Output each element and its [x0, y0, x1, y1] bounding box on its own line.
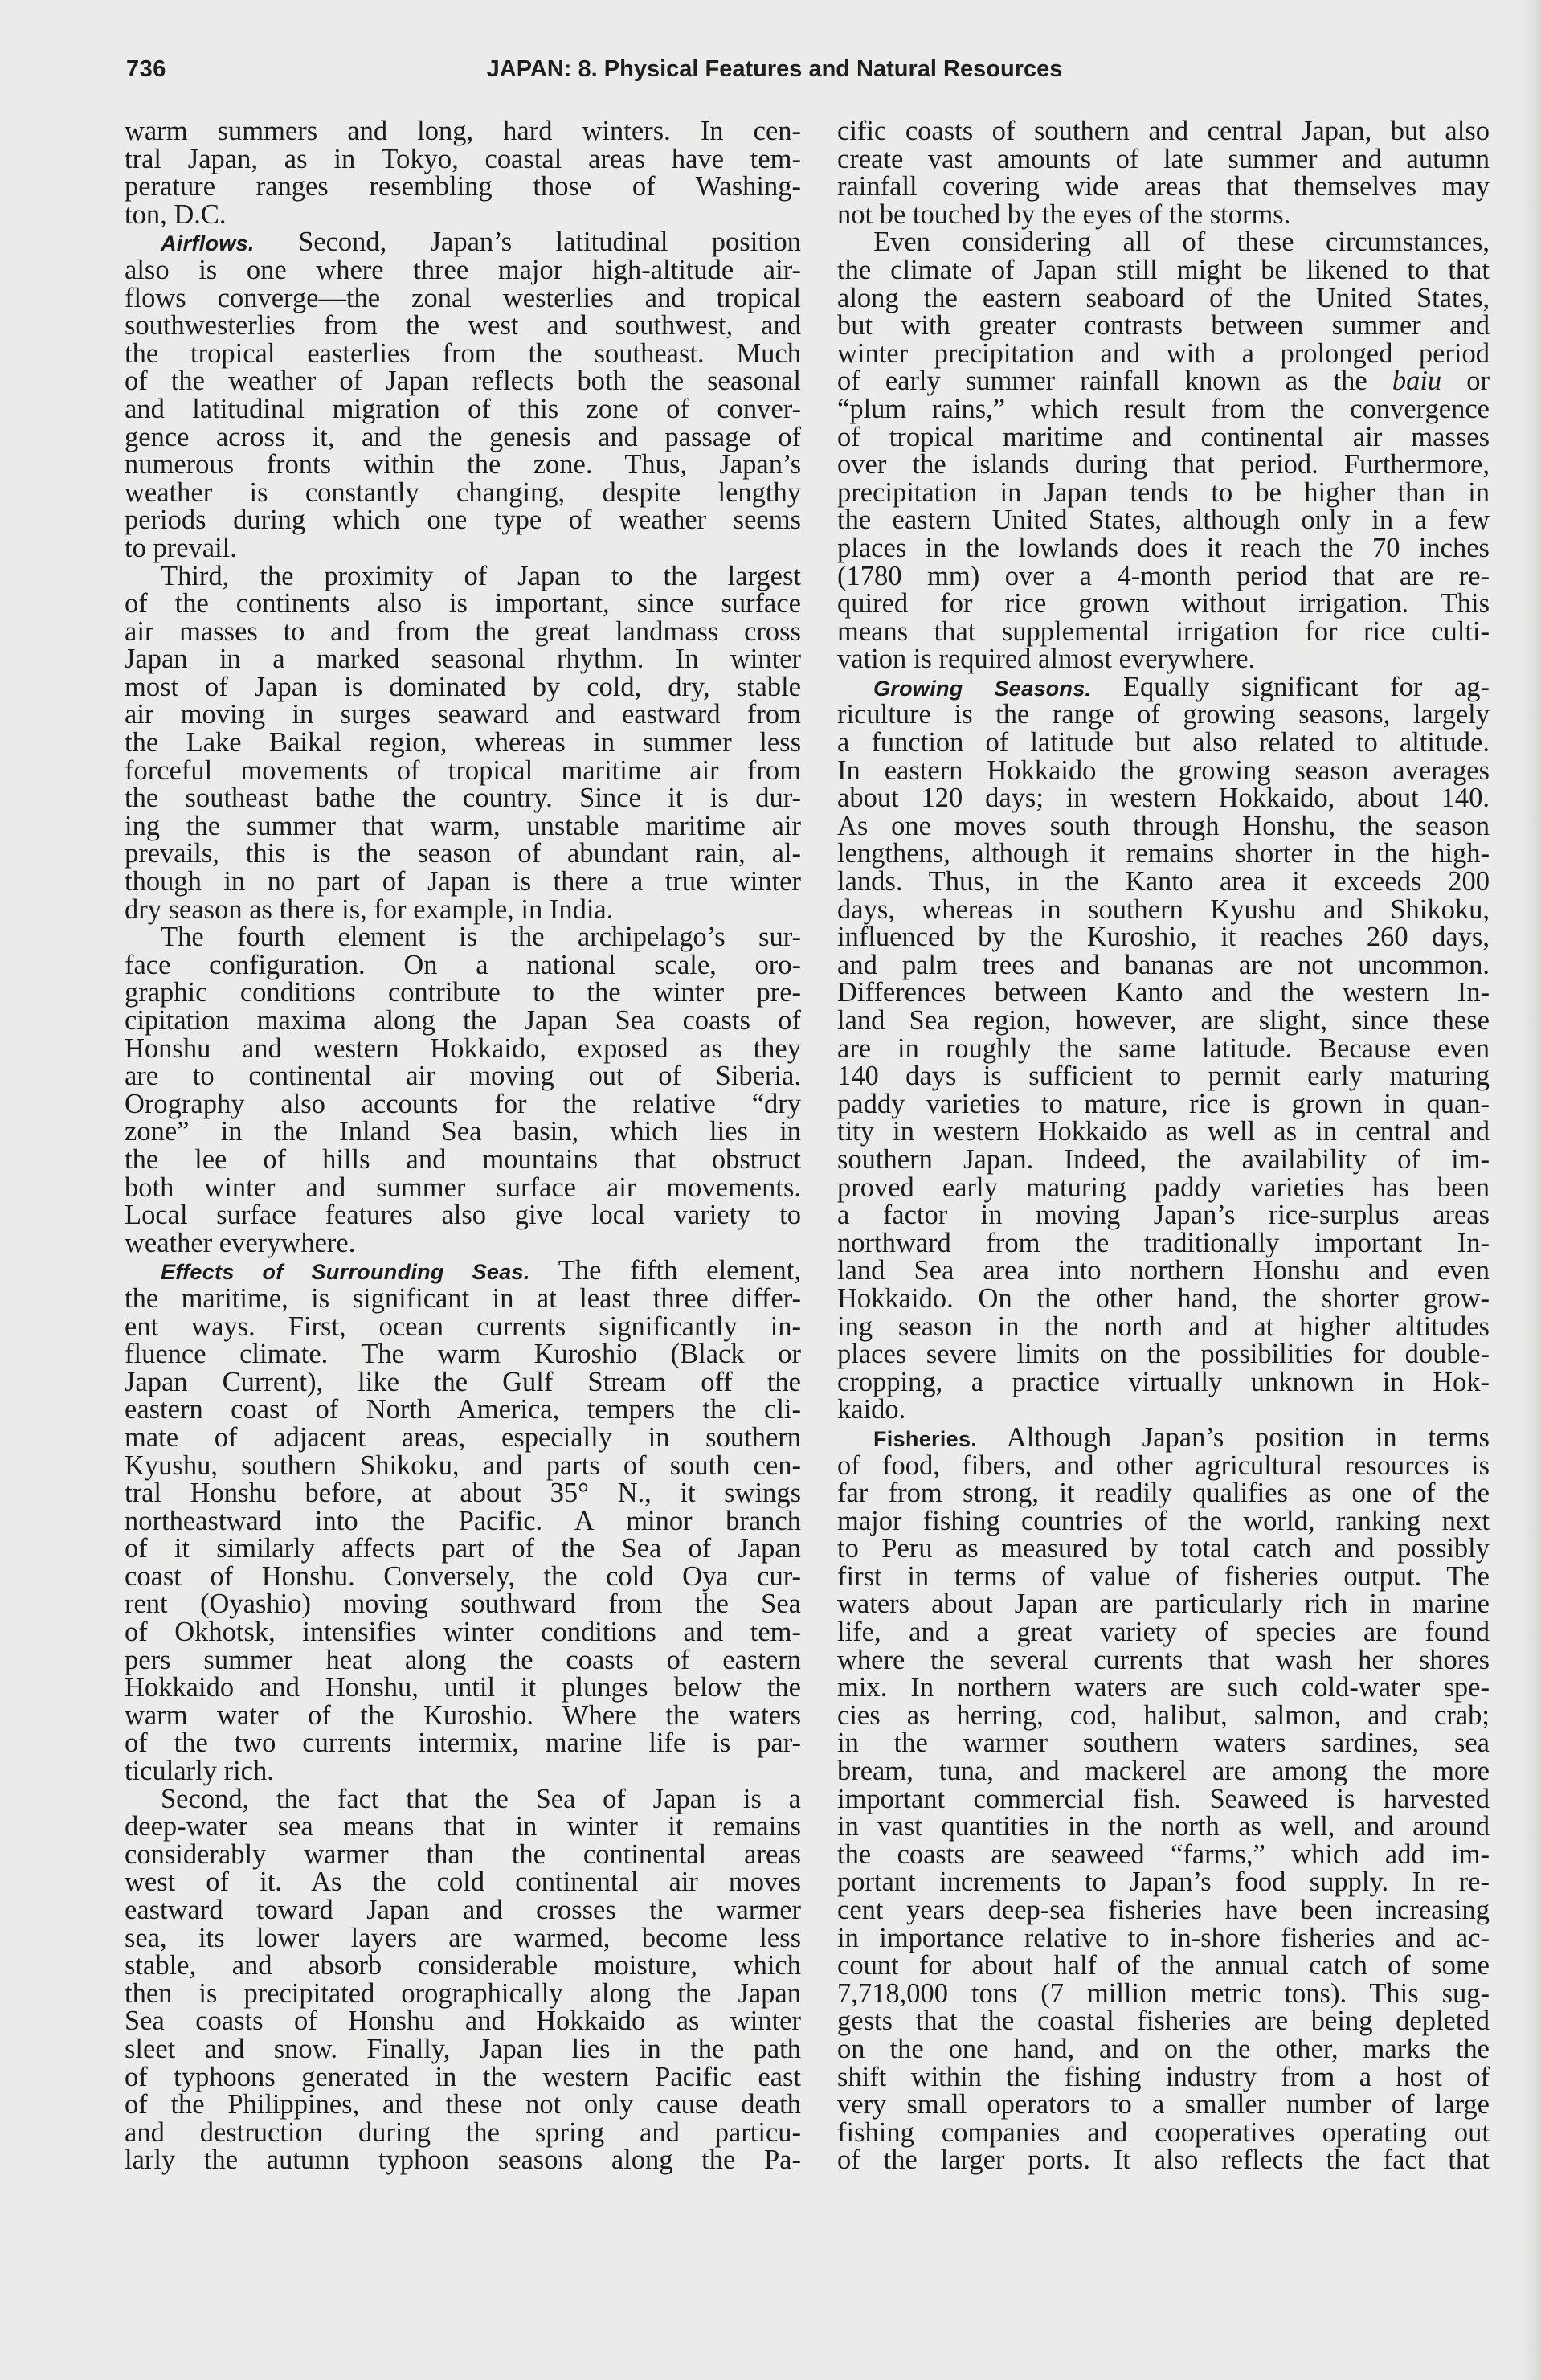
line-text: The fifth element,: [530, 1255, 801, 1286]
line-text: the maritime, is significant in at least…: [125, 1283, 801, 1314]
line-text: (1780 mm) over a 4-month period that are…: [837, 561, 1490, 591]
text-line: ton, D.C.: [125, 201, 801, 229]
line-text: ticularly rich.: [125, 1756, 274, 1786]
text-line: places in the lowlands does it reach the…: [837, 534, 1490, 562]
line-text: on the one hand, and on the other, marks…: [837, 2034, 1490, 2064]
text-line: days, whereas in southern Kyushu and Shi…: [837, 896, 1490, 924]
right-column: cific coasts of southern and central Jap…: [837, 117, 1490, 2174]
text-line: in the warmer southern waters sardines, …: [837, 1729, 1490, 1757]
text-line: Kyushu, southern Shikoku, and parts of s…: [125, 1452, 801, 1480]
text-line: rainfall covering wide areas that themse…: [837, 173, 1490, 201]
line-text: count for about half of the annual catch…: [837, 1950, 1490, 1981]
line-text: In eastern Hokkaido the growing season a…: [837, 755, 1490, 786]
text-line: of early summer rainfall known as the ba…: [837, 367, 1490, 395]
running-title: JAPAN: 8. Physical Features and Natural …: [0, 56, 1541, 83]
text-line: a factor in moving Japan’s rice-surplus …: [837, 1201, 1490, 1229]
text-line: Airflows. Second, Japan’s latitudinal po…: [125, 228, 801, 256]
text-line: land Sea area into northern Honshu and e…: [837, 1257, 1490, 1285]
text-line: (1780 mm) over a 4-month period that are…: [837, 562, 1490, 591]
text-line: of the two currents intermix, marine lif…: [125, 1729, 801, 1757]
text-line: air moving in surges seaward and eastwar…: [125, 701, 801, 729]
line-text: are to continental air moving out of Sib…: [125, 1061, 801, 1091]
line-text: mate of adjacent areas, especially in so…: [125, 1422, 801, 1453]
line-text: are in roughly the same latitude. Becaus…: [837, 1033, 1490, 1064]
text-line: far from strong, it readily qualifies as…: [837, 1479, 1490, 1507]
line-text: southern Japan. Indeed, the availability…: [837, 1144, 1490, 1175]
section-run-in-heading: Airflows.: [161, 231, 255, 256]
line-text: pers summer heat along the coasts of eas…: [125, 1645, 801, 1675]
text-line: southern Japan. Indeed, the availability…: [837, 1146, 1490, 1174]
text-line: riculture is the range of growing season…: [837, 701, 1490, 729]
line-text: stable, and absorb considerable moisture…: [125, 1950, 801, 1981]
text-line: lands. Thus, in the Kanto area it exceed…: [837, 868, 1490, 896]
section-run-in-heading: Fisheries.: [873, 1427, 977, 1451]
line-text: The fourth element is the archipelago’s …: [161, 922, 801, 952]
line-text: northward from the traditionally importa…: [837, 1228, 1490, 1258]
line-text: means that supplemental irrigation for r…: [837, 616, 1490, 647]
line-text: cific coasts of southern and central Jap…: [837, 116, 1490, 146]
line-text: a factor in moving Japan’s rice-surplus …: [837, 1200, 1490, 1230]
line-text: cies as herring, cod, halibut, salmon, a…: [837, 1700, 1490, 1731]
line-text: far from strong, it readily qualifies as…: [837, 1478, 1490, 1508]
line-text: the southeast bathe the country. Since i…: [125, 783, 801, 813]
text-line: tral Honshu before, at about 35° N., it …: [125, 1479, 801, 1507]
text-line: and palm trees and bananas are not uncom…: [837, 951, 1490, 979]
text-line: eastward toward Japan and crosses the wa…: [125, 1896, 801, 1924]
line-text: Local surface features also give local v…: [125, 1200, 801, 1230]
line-text: Japan Current), like the Gulf Stream off…: [125, 1367, 801, 1397]
text-line: considerably warmer than the continental…: [125, 1841, 801, 1869]
line-text: of it similarly affects part of the Sea …: [125, 1533, 801, 1564]
line-text: cropping, a practice virtually unknown i…: [837, 1367, 1490, 1397]
text-line: shift within the fishing industry from a…: [837, 2063, 1490, 2092]
text-line: Third, the proximity of Japan to the lar…: [125, 562, 801, 591]
line-text: and destruction during the spring and pa…: [125, 2117, 801, 2148]
line-text: both winter and summer surface air movem…: [125, 1172, 801, 1203]
line-text: tral Japan, as in Tokyo, coastal areas h…: [125, 144, 801, 174]
text-line: fishing companies and cooperatives opera…: [837, 2119, 1490, 2147]
text-line: of the Philippines, and these not only c…: [125, 2091, 801, 2119]
text-line: ent ways. First, ocean currents signific…: [125, 1313, 801, 1341]
line-text: where the several currents that wash her…: [837, 1645, 1490, 1675]
text-line: but with greater contrasts between summe…: [837, 312, 1490, 340]
text-line: though in no part of Japan is there a tr…: [125, 868, 801, 896]
text-line: also is one where three major high-altit…: [125, 256, 801, 284]
text-line: sleet and snow. Finally, Japan lies in t…: [125, 2035, 801, 2063]
line-text: in the warmer southern waters sardines, …: [837, 1728, 1490, 1758]
text-line: means that supplemental irrigation for r…: [837, 618, 1490, 646]
line-text: about 120 days; in western Hokkaido, abo…: [837, 783, 1490, 813]
text-line: and latitudinal migration of this zone o…: [125, 395, 801, 423]
text-line: the coasts are seaweed “farms,” which ad…: [837, 1841, 1490, 1869]
text-line: zone” in the Inland Sea basin, which lie…: [125, 1118, 801, 1146]
text-line: very small operators to a smaller number…: [837, 2091, 1490, 2119]
text-line: eastern coast of North America, tempers …: [125, 1396, 801, 1424]
line-text: places severe limits on the possibilitie…: [837, 1339, 1490, 1369]
text-line: a function of latitude but also related …: [837, 729, 1490, 757]
line-text: a function of latitude but also related …: [837, 727, 1490, 758]
text-line: coast of Honshu. Conversely, the cold Oy…: [125, 1563, 801, 1591]
text-line: cific coasts of southern and central Jap…: [837, 117, 1490, 145]
text-line: sea, its lower layers are warmed, become…: [125, 1924, 801, 1953]
text-line: influenced by the Kuroshio, it reaches 2…: [837, 923, 1490, 951]
line-text: shift within the fishing industry from a…: [837, 2062, 1490, 2092]
text-line: in importance relative to in-shore fishe…: [837, 1924, 1490, 1953]
line-text: air moving in surges seaward and eastwar…: [125, 699, 801, 730]
line-text: periods during which one type of weather…: [125, 505, 801, 535]
line-text: proved early maturing paddy varieties ha…: [837, 1172, 1490, 1203]
text-line: bream, tuna, and mackerel are among the …: [837, 1757, 1490, 1785]
text-line: larly the autumn typhoon seasons along t…: [125, 2146, 801, 2174]
line-text: over the islands during that period. Fur…: [837, 449, 1490, 480]
line-text: places in the lowlands does it reach the…: [837, 533, 1490, 563]
line-text: sleet and snow. Finally, Japan lies in t…: [125, 2034, 801, 2064]
text-line: first in terms of value of fisheries out…: [837, 1563, 1490, 1591]
text-line: land Sea region, however, are slight, si…: [837, 1007, 1490, 1035]
line-text: Second, the fact that the Sea of Japan i…: [161, 1784, 801, 1814]
text-line: tity in western Hokkaido as well as in c…: [837, 1118, 1490, 1146]
line-text: waters about Japan are particularly rich…: [837, 1589, 1490, 1619]
text-line: ing the summer that warm, unstable marit…: [125, 812, 801, 840]
line-text: and palm trees and bananas are not uncom…: [837, 950, 1490, 980]
line-text: larly the autumn typhoon seasons along t…: [125, 2145, 801, 2175]
line-text: graphic conditions contribute to the win…: [125, 977, 801, 1008]
line-text: cent years deep-sea fisheries have been …: [837, 1895, 1490, 1925]
line-text: of typhoons generated in the western Pac…: [125, 2062, 801, 2092]
line-text: land Sea area into northern Honshu and e…: [837, 1255, 1490, 1286]
line-text: of the two currents intermix, marine lif…: [125, 1728, 801, 1758]
line-text: along the eastern seaboard of the United…: [837, 283, 1490, 313]
text-line: prevails, this is the season of abundant…: [125, 840, 801, 868]
line-text-continued: or: [1441, 366, 1490, 396]
line-text: dry season as there is, for example, in …: [125, 894, 613, 925]
text-line: count for about half of the annual catch…: [837, 1952, 1490, 1980]
line-text: rent (Oyashio) moving southward from the…: [125, 1589, 801, 1619]
line-text: southwesterlies from the west and southw…: [125, 310, 801, 341]
line-text: the tropical easterlies from the southea…: [125, 338, 801, 369]
text-line: gence across it, and the genesis and pas…: [125, 423, 801, 452]
line-text: create vast amounts of late summer and a…: [837, 144, 1490, 174]
text-line: the lee of hills and mountains that obst…: [125, 1146, 801, 1174]
text-line: cent years deep-sea fisheries have been …: [837, 1896, 1490, 1924]
line-text: influenced by the Kuroshio, it reaches 2…: [837, 922, 1490, 952]
text-line: not be touched by the eyes of the storms…: [837, 201, 1490, 229]
text-line: of the larger ports. It also reflects th…: [837, 2146, 1490, 2174]
line-text: fluence climate. The warm Kuroshio (Blac…: [125, 1339, 801, 1369]
line-text: portant increments to Japan’s food suppl…: [837, 1867, 1490, 1897]
text-line: west of it. As the cold continental air …: [125, 1868, 801, 1896]
text-line: along the eastern seaboard of the United…: [837, 284, 1490, 313]
line-text: major fishing countries of the world, ra…: [837, 1506, 1490, 1536]
line-text: the climate of Japan still might be like…: [837, 255, 1490, 285]
text-line: southwesterlies from the west and southw…: [125, 312, 801, 340]
line-text: “plum rains,” which result from the conv…: [837, 394, 1490, 424]
text-line: ing season in the north and at higher al…: [837, 1313, 1490, 1341]
line-text: coast of Honshu. Conversely, the cold Oy…: [125, 1561, 801, 1592]
text-line: Japan Current), like the Gulf Stream off…: [125, 1368, 801, 1397]
text-line: gests that the coastal fisheries are bei…: [837, 2007, 1490, 2035]
text-line: are in roughly the same latitude. Becaus…: [837, 1035, 1490, 1063]
text-line: Hokkaido. On the other hand, the shorter…: [837, 1285, 1490, 1313]
text-line: Fisheries. Although Japan’s position in …: [837, 1424, 1490, 1452]
text-line: of food, fibers, and other agricultural …: [837, 1452, 1490, 1480]
line-text: in vast quantities in the north as well,…: [837, 1811, 1490, 1842]
line-text: the Lake Baikal region, whereas in summe…: [125, 727, 801, 758]
line-text: Equally significant for ag-: [1091, 672, 1490, 702]
text-line: Orography also accounts for the relative…: [125, 1090, 801, 1118]
line-text: northeastward into the Pacific. A minor …: [125, 1506, 801, 1536]
text-line: precipitation in Japan tends to be highe…: [837, 479, 1490, 507]
line-text: bream, tuna, and mackerel are among the …: [837, 1756, 1490, 1786]
line-text: not be touched by the eyes of the storms…: [837, 199, 1290, 230]
line-text: but with greater contrasts between summe…: [837, 310, 1490, 341]
line-text: zone” in the Inland Sea basin, which lie…: [125, 1116, 801, 1147]
line-text: rainfall covering wide areas that themse…: [837, 171, 1490, 202]
text-line: the climate of Japan still might be like…: [837, 256, 1490, 284]
line-text: weather everywhere.: [125, 1228, 355, 1258]
line-text: days, whereas in southern Kyushu and Shi…: [837, 894, 1490, 925]
running-header: 736 JAPAN: 8. Physical Features and Natu…: [0, 56, 1541, 88]
text-line: lengthens, although it remains shorter i…: [837, 840, 1490, 868]
page-edge-shadow: [1522, 0, 1541, 2380]
line-text: lengthens, although it remains shorter i…: [837, 838, 1490, 869]
line-text: west of it. As the cold continental air …: [125, 1867, 801, 1897]
line-text: warm summers and long, hard winters. In …: [125, 116, 801, 146]
line-text: very small operators to a smaller number…: [837, 2089, 1490, 2120]
text-line: Effects of Surrounding Seas. The fifth e…: [125, 1257, 801, 1285]
text-line: As one moves south through Honshu, the s…: [837, 812, 1490, 840]
text-line: Hokkaido and Honshu, until it plunges be…: [125, 1674, 801, 1702]
line-text: land Sea region, however, are slight, si…: [837, 1005, 1490, 1036]
line-text: kaido.: [837, 1394, 905, 1425]
line-text: prevails, this is the season of abundant…: [125, 838, 801, 869]
text-line: ticularly rich.: [125, 1757, 801, 1785]
line-text: Sea coasts of Honshu and Hokkaido as win…: [125, 2006, 801, 2036]
text-line: deep-water sea means that in winter it r…: [125, 1813, 801, 1841]
text-line: Second, the fact that the Sea of Japan i…: [125, 1785, 801, 1814]
line-text: mix. In northern waters are such cold-wa…: [837, 1672, 1490, 1703]
line-text: tral Honshu before, at about 35° N., it …: [125, 1478, 801, 1508]
text-line: Japan in a marked seasonal rhythm. In wi…: [125, 645, 801, 673]
line-text: also is one where three major high-altit…: [125, 255, 801, 285]
text-line: Sea coasts of Honshu and Hokkaido as win…: [125, 2007, 801, 2035]
text-line: on the one hand, and on the other, marks…: [837, 2035, 1490, 2063]
text-line: stable, and absorb considerable moisture…: [125, 1952, 801, 1980]
line-text: 7,718,000 tons (7 million metric tons). …: [837, 1978, 1490, 2009]
text-line: northward from the traditionally importa…: [837, 1229, 1490, 1257]
text-line: numerous fronts within the zone. Thus, J…: [125, 451, 801, 479]
text-line: 7,718,000 tons (7 million metric tons). …: [837, 1980, 1490, 2008]
text-line: about 120 days; in western Hokkaido, abo…: [837, 784, 1490, 812]
line-text: Orography also accounts for the relative…: [125, 1089, 801, 1119]
line-text: ton, D.C.: [125, 199, 227, 230]
text-line: cipitation maxima along the Japan Sea co…: [125, 1007, 801, 1035]
line-text: forceful movements of tropical maritime …: [125, 755, 801, 786]
line-text: riculture is the range of growing season…: [837, 699, 1490, 730]
line-text: first in terms of value of fisheries out…: [837, 1561, 1490, 1592]
line-text: 140 days is sufficient to permit early m…: [837, 1061, 1490, 1091]
text-line: warm summers and long, hard winters. In …: [125, 117, 801, 145]
line-text: gests that the coastal fisheries are bei…: [837, 2006, 1490, 2036]
line-text: paddy varieties to mature, rice is grown…: [837, 1089, 1490, 1119]
text-line: periods during which one type of weather…: [125, 506, 801, 534]
text-line: rent (Oyashio) moving southward from the…: [125, 1590, 801, 1618]
line-text: eastern coast of North America, tempers …: [125, 1394, 801, 1425]
text-line: perature ranges resembling those of Wash…: [125, 173, 801, 201]
line-text: of the continents also is important, sin…: [125, 588, 801, 619]
line-text: quired for rice grown without irrigation…: [837, 588, 1490, 619]
line-text: Kyushu, southern Shikoku, and parts of s…: [125, 1450, 801, 1481]
text-line: quired for rice grown without irrigation…: [837, 590, 1490, 618]
text-line: are to continental air moving out of Sib…: [125, 1062, 801, 1090]
text-line: “plum rains,” which result from the conv…: [837, 395, 1490, 423]
line-text: ent ways. First, ocean currents signific…: [125, 1311, 801, 1342]
text-line: then is precipitated orographically alon…: [125, 1980, 801, 2008]
line-text: lands. Thus, in the Kanto area it exceed…: [837, 866, 1490, 897]
line-text: eastward toward Japan and crosses the wa…: [125, 1895, 801, 1925]
line-text: then is precipitated orographically alon…: [125, 1978, 801, 2009]
text-line: northeastward into the Pacific. A minor …: [125, 1507, 801, 1536]
text-line: most of Japan is dominated by cold, dry,…: [125, 673, 801, 701]
text-line: kaido.: [837, 1396, 1490, 1424]
line-text: considerably warmer than the continental…: [125, 1839, 801, 1870]
line-text: Although Japan’s position in terms: [977, 1422, 1490, 1453]
text-line: of typhoons generated in the western Pac…: [125, 2063, 801, 2092]
text-line: where the several currents that wash her…: [837, 1646, 1490, 1675]
line-text: winter precipitation and with a prolonge…: [837, 338, 1490, 369]
line-text: of food, fibers, and other agricultural …: [837, 1450, 1490, 1481]
text-line: dry season as there is, for example, in …: [125, 896, 801, 924]
line-text: Japan in a marked seasonal rhythm. In wi…: [125, 644, 801, 674]
line-text: flows converge—the zonal westerlies and …: [125, 283, 801, 313]
line-text: to Peru as measured by total catch and p…: [837, 1533, 1490, 1564]
line-text: deep-water sea means that in winter it r…: [125, 1811, 801, 1842]
line-text: Hokkaido and Honshu, until it plunges be…: [125, 1672, 801, 1703]
text-line: the Lake Baikal region, whereas in summe…: [125, 729, 801, 757]
text-line: to prevail.: [125, 534, 801, 562]
text-line: the maritime, is significant in at least…: [125, 1285, 801, 1313]
text-line: of tropical maritime and continental air…: [837, 423, 1490, 452]
line-text: most of Japan is dominated by cold, dry,…: [125, 672, 801, 702]
line-text: precipitation in Japan tends to be highe…: [837, 477, 1490, 508]
text-line: portant increments to Japan’s food suppl…: [837, 1868, 1490, 1896]
text-line: cropping, a practice virtually unknown i…: [837, 1368, 1490, 1397]
text-line: to Peru as measured by total catch and p…: [837, 1535, 1490, 1563]
text-line: flows converge—the zonal westerlies and …: [125, 284, 801, 313]
line-text: ing the summer that warm, unstable marit…: [125, 811, 801, 841]
text-line: cies as herring, cod, halibut, salmon, a…: [837, 1702, 1490, 1730]
line-text: ing season in the north and at higher al…: [837, 1311, 1490, 1342]
line-text: gence across it, and the genesis and pas…: [125, 422, 801, 452]
text-line: paddy varieties to mature, rice is grown…: [837, 1090, 1490, 1118]
text-line: in vast quantities in the north as well,…: [837, 1813, 1490, 1841]
line-text: Hokkaido. On the other hand, the shorter…: [837, 1283, 1490, 1314]
text-line: 140 days is sufficient to permit early m…: [837, 1062, 1490, 1090]
line-text: weather is constantly changing, despite …: [125, 477, 801, 508]
line-text: face configuration. On a national scale,…: [125, 950, 801, 980]
text-line: tral Japan, as in Tokyo, coastal areas h…: [125, 145, 801, 174]
text-line: of Okhotsk, intensifies winter condition…: [125, 1618, 801, 1646]
line-text: As one moves south through Honshu, the s…: [837, 811, 1490, 841]
text-line: weather is constantly changing, despite …: [125, 479, 801, 507]
text-line: the tropical easterlies from the southea…: [125, 340, 801, 368]
line-text: of the Philippines, and these not only c…: [125, 2089, 801, 2120]
line-text: sea, its lower layers are warmed, become…: [125, 1923, 801, 1953]
line-text: of the weather of Japan reflects both th…: [125, 366, 801, 396]
line-text: to prevail.: [125, 533, 237, 563]
text-line: places severe limits on the possibilitie…: [837, 1340, 1490, 1368]
text-line: graphic conditions contribute to the win…: [125, 979, 801, 1007]
text-line: Growing Seasons. Equally significant for…: [837, 673, 1490, 701]
line-text: vation is required almost everywhere.: [837, 644, 1255, 674]
line-text: fishing companies and cooperatives opera…: [837, 2117, 1490, 2148]
section-run-in-heading: Effects of Surrounding Seas.: [161, 1260, 530, 1284]
line-text: Third, the proximity of Japan to the lar…: [161, 561, 801, 591]
text-line: pers summer heat along the coasts of eas…: [125, 1646, 801, 1675]
text-line: over the islands during that period. Fur…: [837, 451, 1490, 479]
line-text: life, and a great variety of species are…: [837, 1617, 1490, 1647]
line-text: the lee of hills and mountains that obst…: [125, 1144, 801, 1175]
line-text: air masses to and from the great landmas…: [125, 616, 801, 647]
text-line: Differences between Kanto and the wester…: [837, 979, 1490, 1007]
line-text: the eastern United States, although only…: [837, 505, 1490, 535]
section-run-in-heading: Growing Seasons.: [873, 677, 1091, 701]
italic-term: baiu: [1392, 366, 1441, 396]
text-line: weather everywhere.: [125, 1229, 801, 1257]
line-text: important commercial fish. Seaweed is ha…: [837, 1784, 1490, 1814]
text-line: Honshu and western Hokkaido, exposed as …: [125, 1035, 801, 1063]
text-line: vation is required almost everywhere.: [837, 645, 1490, 673]
text-line: of the weather of Japan reflects both th…: [125, 367, 801, 395]
text-line: of the continents also is important, sin…: [125, 590, 801, 618]
line-text: of Okhotsk, intensifies winter condition…: [125, 1617, 801, 1647]
line-text: Honshu and western Hokkaido, exposed as …: [125, 1033, 801, 1064]
line-text: cipitation maxima along the Japan Sea co…: [125, 1005, 801, 1036]
text-line: warm water of the Kuroshio. Where the wa…: [125, 1702, 801, 1730]
text-line: Even considering all of these circumstan…: [837, 228, 1490, 256]
line-text: the coasts are seaweed “farms,” which ad…: [837, 1839, 1490, 1870]
text-line: both winter and summer surface air movem…: [125, 1174, 801, 1202]
line-text: and latitudinal migration of this zone o…: [125, 394, 801, 424]
line-text: in importance relative to in-shore fishe…: [837, 1923, 1490, 1953]
line-text: of tropical maritime and continental air…: [837, 422, 1490, 452]
text-line: proved early maturing paddy varieties ha…: [837, 1174, 1490, 1202]
text-line: the southeast bathe the country. Since i…: [125, 784, 801, 812]
text-line: important commercial fish. Seaweed is ha…: [837, 1785, 1490, 1814]
line-text: tity in western Hokkaido as well as in c…: [837, 1116, 1490, 1147]
line-text: perature ranges resembling those of Wash…: [125, 171, 801, 202]
line-text: numerous fronts within the zone. Thus, J…: [125, 449, 801, 480]
line-text: Differences between Kanto and the wester…: [837, 977, 1490, 1008]
text-line: mate of adjacent areas, especially in so…: [125, 1424, 801, 1452]
text-line: create vast amounts of late summer and a…: [837, 145, 1490, 174]
text-line: forceful movements of tropical maritime …: [125, 757, 801, 785]
text-line: mix. In northern waters are such cold-wa…: [837, 1674, 1490, 1702]
line-text: Second, Japan’s latitudinal position: [255, 227, 801, 257]
line-text: though in no part of Japan is there a tr…: [125, 866, 801, 897]
text-line: and destruction during the spring and pa…: [125, 2119, 801, 2147]
text-line: of it similarly affects part of the Sea …: [125, 1535, 801, 1563]
line-text: warm water of the Kuroshio. Where the wa…: [125, 1700, 801, 1731]
text-line: Local surface features also give local v…: [125, 1201, 801, 1229]
text-line: winter precipitation and with a prolonge…: [837, 340, 1490, 368]
text-line: air masses to and from the great landmas…: [125, 618, 801, 646]
text-line: fluence climate. The warm Kuroshio (Blac…: [125, 1340, 801, 1368]
line-text: of the larger ports. It also reflects th…: [837, 2145, 1490, 2175]
text-line: life, and a great variety of species are…: [837, 1618, 1490, 1646]
text-line: waters about Japan are particularly rich…: [837, 1590, 1490, 1618]
text-line: In eastern Hokkaido the growing season a…: [837, 757, 1490, 785]
